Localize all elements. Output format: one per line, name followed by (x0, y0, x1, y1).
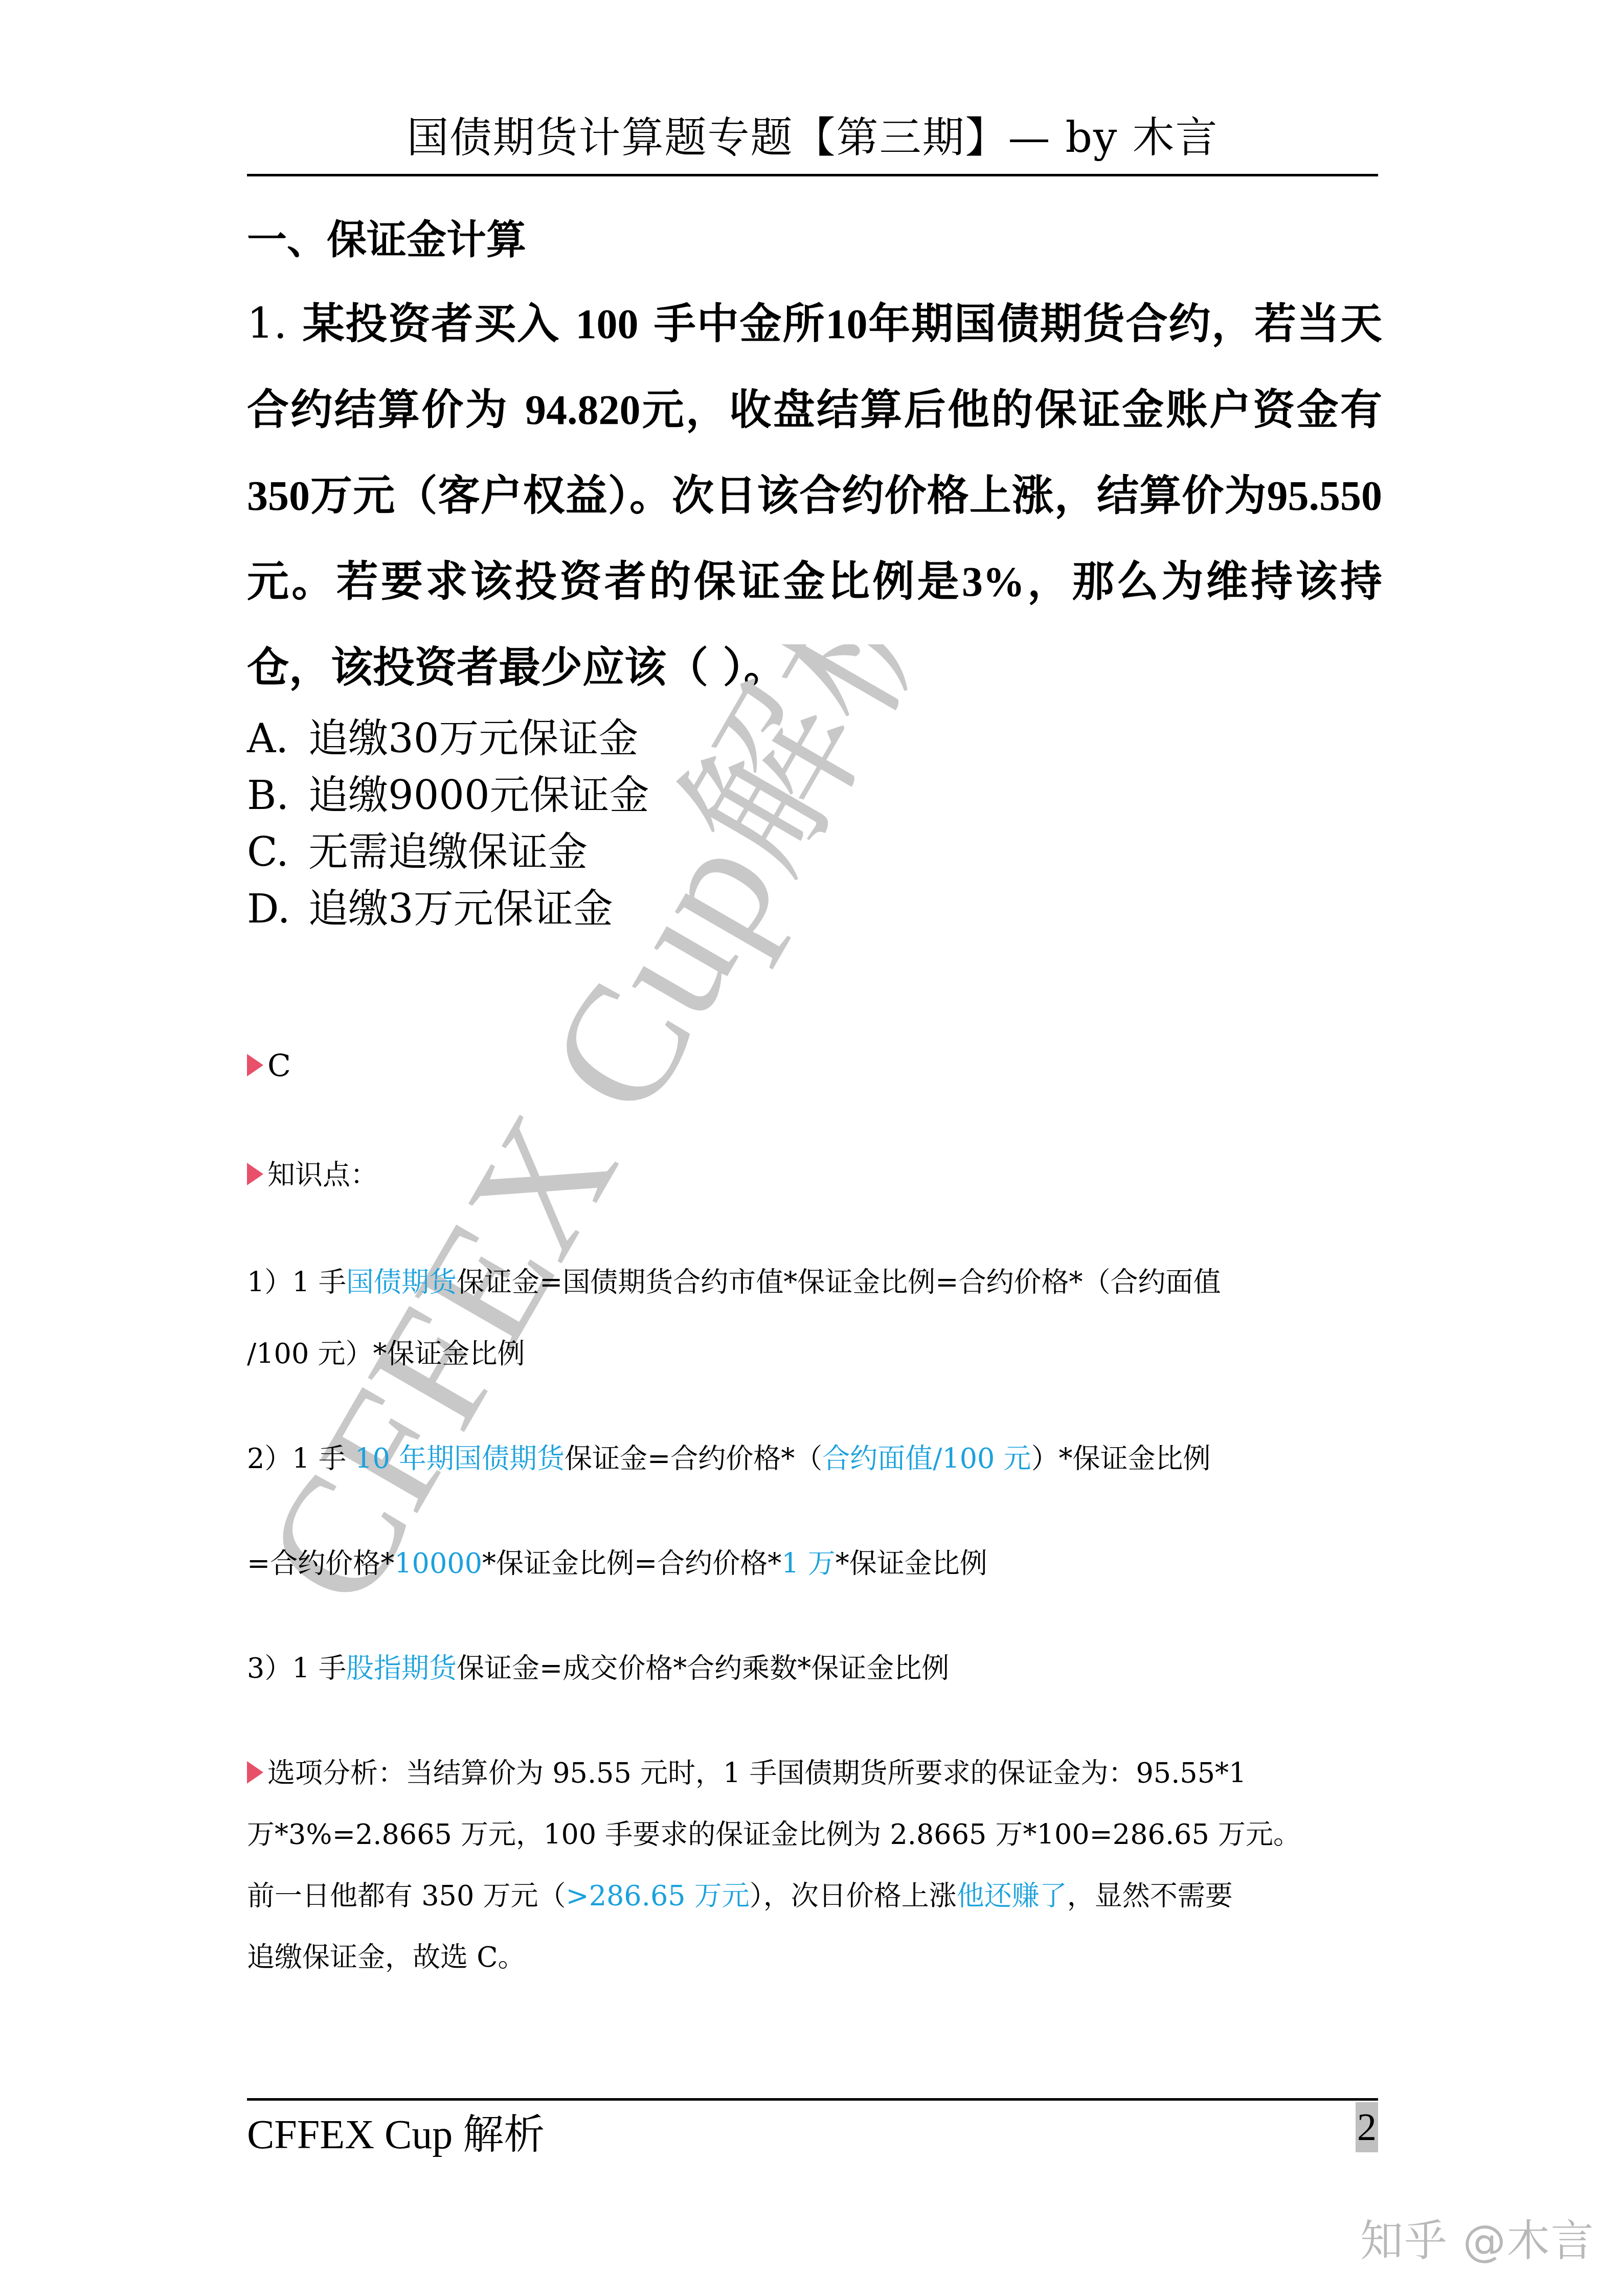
text: 2）1 手 (247, 1443, 355, 1475)
text: 万*3%=2.8665 万元，100 手要求的保证金比例为 2.8665 万*1… (247, 1818, 1301, 1851)
text: 保证金=国债期货合约市值*保证金比例=合约价格*（合约面值 (457, 1266, 1221, 1298)
highlight-text: 他还赚了 (957, 1880, 1067, 1912)
option-letter: D. (247, 881, 308, 938)
option-letter: A. (247, 711, 308, 768)
question-number: 1. (247, 300, 287, 348)
q-num-tenor: 10 (825, 301, 867, 347)
q-num-equity: 350 (247, 472, 310, 519)
text: ，显然不需要 (1067, 1880, 1233, 1912)
highlight-text: 1 万 (781, 1547, 836, 1580)
option-analysis-line1: 选项分析：当结算价为 95.55 元时，1 手国债期货所要求的保证金为：95.5… (247, 1751, 1246, 1791)
option-analysis-line3: 前一日他都有 350 万元（>286.65 万元），次日价格上涨他还赚了，显然不… (247, 1874, 1233, 1914)
option-text: 无需追缴保证金 (308, 829, 588, 875)
option-analysis-line4: 追缴保证金，故选 C。 (247, 1935, 525, 1975)
highlight-text: 10 年期国债期货 (355, 1443, 565, 1475)
footer-rule (247, 2098, 1378, 2101)
highlight-text: 国债期货 (346, 1266, 457, 1298)
answer-value: C (267, 1048, 291, 1084)
kp1-line1: 1）1 手国债期货保证金=国债期货合约市值*保证金比例=合约价格*（合约面值 (247, 1260, 1221, 1300)
text: 保证金=合约价格*（ (565, 1443, 822, 1475)
text: *保证金比例=合约价格* (482, 1547, 781, 1580)
page-number: 2 (1356, 2102, 1378, 2152)
option-text: 追缴3万元保证金 (308, 886, 613, 932)
text: *保证金比例 (836, 1547, 987, 1580)
q-num-price2: 95.550 (1267, 472, 1383, 519)
kp1-line2: /100 元）*保证金比例 (247, 1332, 525, 1371)
option-a: A.追缴30万元保证金 (247, 711, 649, 768)
q-part: 元。若要求该投资者的保证金比例是 (247, 557, 962, 606)
option-analysis-line2: 万*3%=2.8665 万元，100 手要求的保证金比例为 2.8665 万*1… (247, 1813, 1301, 1852)
arrow-bullet-icon (247, 1761, 263, 1784)
arrow-bullet-icon (247, 1054, 263, 1076)
answer-line: C (247, 1048, 291, 1084)
option-text: 追缴9000元保证金 (308, 773, 649, 819)
zhihu-watermark: 知乎 @木言 (1360, 2207, 1595, 2268)
footer-label: CFFEX Cup 解析 (247, 2109, 545, 2160)
highlight-text: >286.65 万元 (566, 1880, 749, 1912)
text: ）*保证金比例 (1031, 1443, 1211, 1475)
option-b: B.追缴9000元保证金 (247, 768, 649, 824)
option-letter: B. (247, 768, 308, 824)
section-title: 一、保证金计算 (247, 212, 526, 268)
text: 保证金=成交价格*合约乘数*保证金比例 (457, 1652, 949, 1684)
q-num-lots: 100 (575, 301, 638, 347)
q-part: 某投资者买入 (303, 300, 560, 348)
kp2-line2: =合约价格*10000*保证金比例=合约价格*1 万*保证金比例 (247, 1542, 987, 1581)
options-list: A.追缴30万元保证金 B.追缴9000元保证金 C.无需追缴保证金 D.追缴3… (247, 711, 649, 938)
arrow-bullet-icon (247, 1163, 263, 1185)
kp3-line: 3）1 手股指期货保证金=成交价格*合约乘数*保证金比例 (247, 1647, 949, 1686)
text: 1）1 手 (247, 1266, 346, 1298)
option-c: C.无需追缴保证金 (247, 824, 649, 881)
question-text: 1. 某投资者买入 100 手中金所10年期国债期货合约，若当天合约结算价为 9… (247, 281, 1382, 711)
q-part: 手中金所 (654, 300, 826, 348)
page-header-title: 国债期货计算题专题【第三期】— by 木言 (247, 110, 1378, 166)
q-part: 万元（客户权益）。次日该合约价格上涨，结算价为 (310, 471, 1267, 520)
text: 前一日他都有 350 万元（ (247, 1880, 566, 1912)
option-letter: C. (247, 824, 308, 881)
highlight-text: 股指期货 (346, 1652, 457, 1684)
text: ），次日价格上涨 (750, 1880, 957, 1912)
text: =合约价格* (247, 1547, 394, 1580)
knowledge-title: 知识点： (267, 1159, 378, 1191)
q-num-price1: 94.820 (525, 387, 641, 433)
q-num-ratio: 3% (962, 558, 1025, 605)
kp2-line1: 2）1 手 10 年期国债期货保证金=合约价格*（合约面值/100 元）*保证金… (247, 1437, 1211, 1476)
option-d: D.追缴3万元保证金 (247, 881, 649, 938)
q-part: 元，收盘结算后他的保证金账户资金有 (640, 386, 1382, 434)
header-rule (247, 174, 1378, 176)
option-text: 追缴30万元保证金 (308, 716, 638, 762)
knowledge-title-line: 知识点： (247, 1153, 378, 1192)
text: 3）1 手 (247, 1652, 346, 1684)
text: /100 元）*保证金比例 (247, 1338, 525, 1370)
text: 追缴保证金，故选 C。 (247, 1941, 525, 1973)
highlight-text: 合约面值/100 元 (822, 1443, 1031, 1475)
text: 选项分析：当结算价为 95.55 元时，1 手国债期货所要求的保证金为：95.5… (267, 1757, 1246, 1789)
highlight-text: 10000 (394, 1547, 482, 1580)
